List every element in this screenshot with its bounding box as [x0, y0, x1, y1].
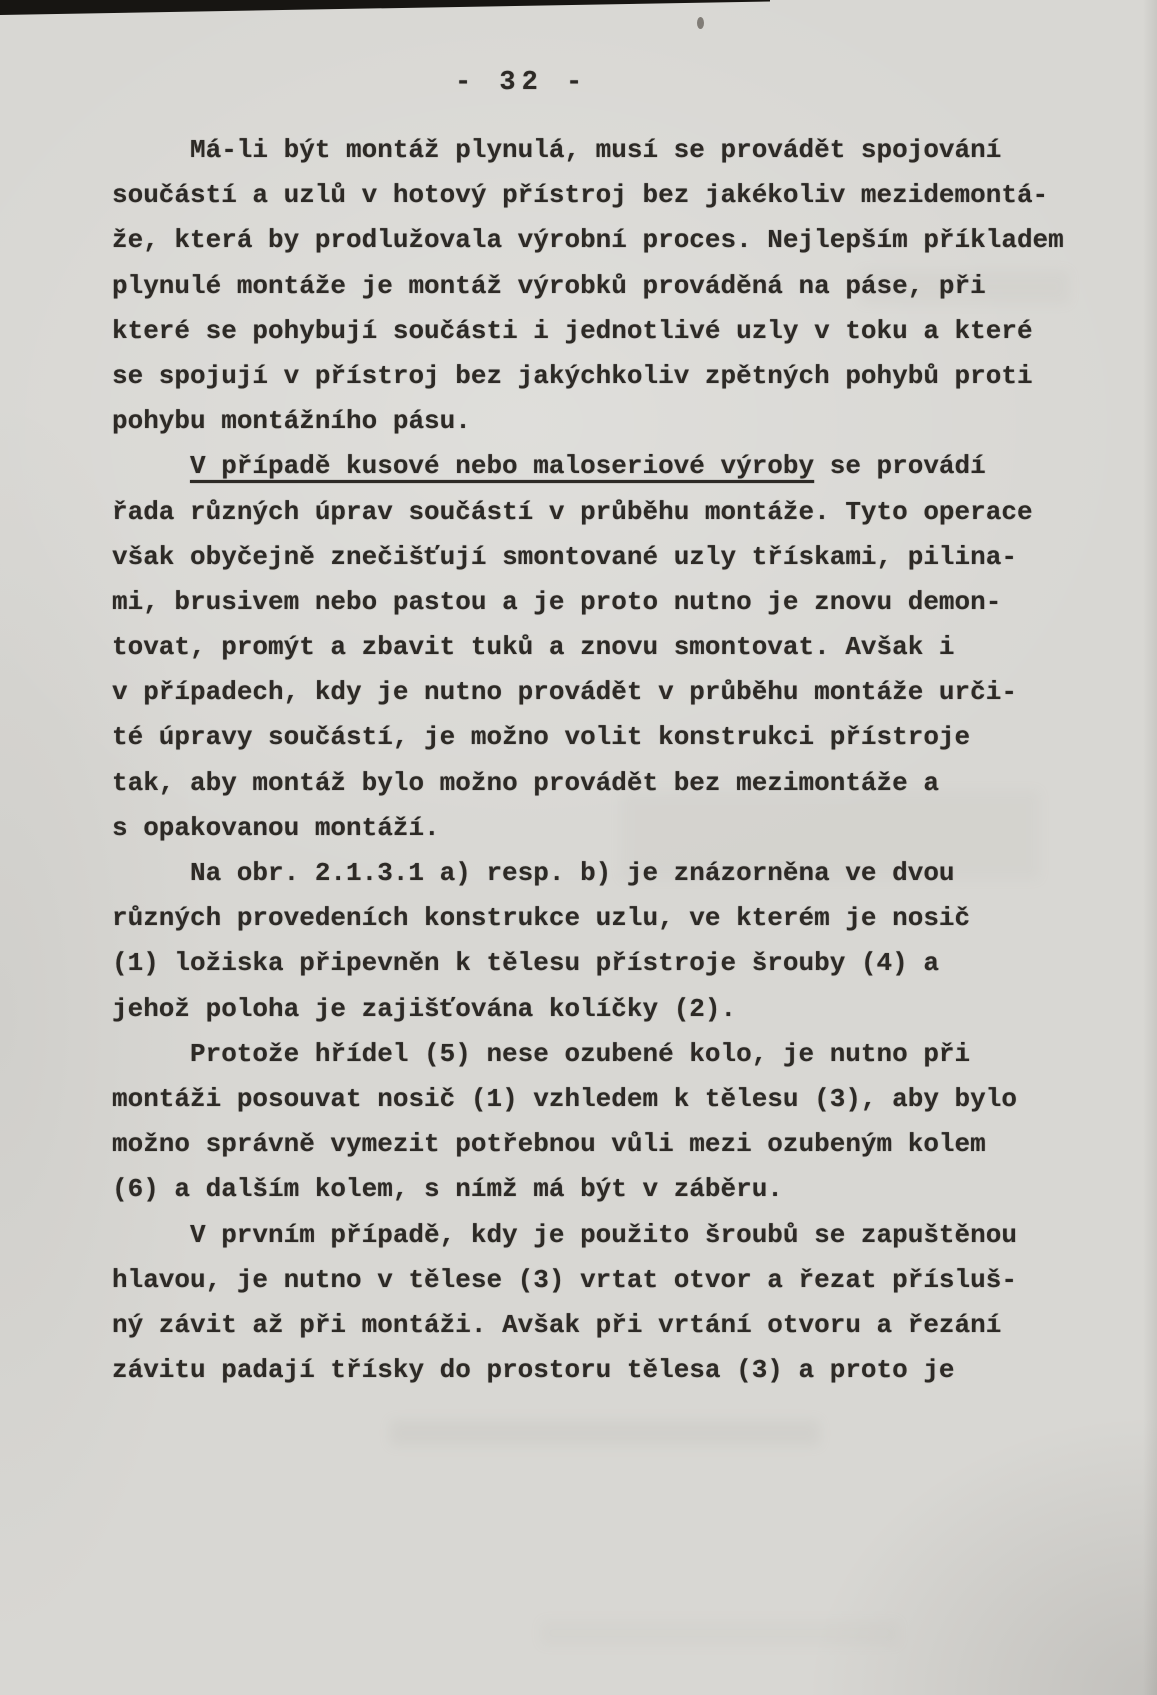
page-number: - 32 -: [455, 68, 588, 98]
text-line: (1) ložiska připevněn k tělesu přístroje…: [112, 941, 1102, 986]
text-line: hlavou, je nutno v tělese (3) vrtat otvo…: [112, 1258, 1102, 1303]
text-line: Protože hřídel (5) nese ozubené kolo, je…: [112, 1032, 1102, 1077]
text-line: V prvním případě, kdy je použito šroubů …: [112, 1213, 1102, 1258]
text-line: že, která by prodlužovala výrobní proces…: [112, 218, 1102, 263]
bleedthrough-smudge: [390, 1420, 820, 1446]
text-line: montáži posouvat nosič (1) vzhledem k tě…: [112, 1077, 1102, 1122]
text-segment: pohybu montážního pásu.: [112, 406, 471, 436]
text-segment: mi, brusivem nebo pastou a je proto nutn…: [112, 587, 1001, 617]
text-segment: (1) ložiska připevněn k tělesu přístroje…: [112, 948, 939, 978]
text-line: v případech, kdy je nutno provádět v prů…: [112, 670, 1102, 715]
text-segment: té úpravy součástí, je možno volit konst…: [112, 722, 970, 752]
text-line: různých provedeních konstrukce uzlu, ve …: [112, 896, 1102, 941]
text-segment: plynulé montáže je montáž výrobků provád…: [112, 271, 986, 301]
text-block: Má-li být montáž plynulá, musí se provád…: [112, 128, 1102, 1393]
text-line: V případě kusové nebo maloseriové výroby…: [112, 444, 1102, 489]
text-segment: s opakovanou montáží.: [112, 813, 440, 843]
text-segment: se spojují v přístroj bez jakýchkoliv zp…: [112, 361, 1033, 391]
bleedthrough-smudge: [540, 1620, 900, 1646]
text-line: mi, brusivem nebo pastou a je proto nutn…: [112, 580, 1102, 625]
text-segment: různých provedeních konstrukce uzlu, ve …: [112, 903, 970, 933]
text-line: jehož poloha je zajišťována kolíčky (2).: [112, 987, 1102, 1032]
text-line: té úpravy součástí, je možno volit konst…: [112, 715, 1102, 760]
text-segment: že, která by prodlužovala výrobní proces…: [112, 225, 1064, 255]
text-line: ný závit až při montáži. Avšak při vrtán…: [112, 1303, 1102, 1348]
text-line: možno správně vymezit potřebnou vůli mez…: [112, 1122, 1102, 1167]
text-segment: možno správně vymezit potřebnou vůli mez…: [112, 1129, 986, 1159]
text-line: které se pohybují součásti i jednotlivé …: [112, 309, 1102, 354]
text-line: závitu padají třísky do prostoru tělesa …: [112, 1348, 1102, 1393]
text-segment: tak, aby montáž bylo možno provádět bez …: [112, 768, 939, 798]
underlined-phrase: V případě kusové nebo maloseriové výroby: [190, 451, 814, 481]
text-segment: závitu padají třísky do prostoru tělesa …: [112, 1355, 955, 1385]
text-segment: V prvním případě, kdy je použito šroubů …: [190, 1220, 1017, 1250]
text-segment: Na obr. 2.1.3.1 a) resp. b) je znázorněn…: [190, 858, 955, 888]
text-segment: v případech, kdy je nutno provádět v prů…: [112, 677, 1017, 707]
text-segment: ný závit až při montáži. Avšak při vrtán…: [112, 1310, 1001, 1340]
text-line: se spojují v přístroj bez jakýchkoliv zp…: [112, 354, 1102, 399]
text-segment: jehož poloha je zajišťována kolíčky (2).: [112, 994, 736, 1024]
text-line: tovat, promýt a zbavit tuků a znovu smon…: [112, 625, 1102, 670]
text-segment: řada různých úprav součástí v průběhu mo…: [112, 497, 1033, 527]
text-segment: však obyčejně znečišťují smontované uzly…: [112, 542, 1017, 572]
text-line: (6) a dalším kolem, s nímž má být v zábě…: [112, 1167, 1102, 1212]
scan-speck-artifact: [697, 17, 704, 29]
text-line: s opakovanou montáží.: [112, 806, 1102, 851]
text-segment: (6) a dalším kolem, s nímž má být v zábě…: [112, 1174, 783, 1204]
text-segment: se provádí: [814, 451, 986, 481]
text-line: pohybu montážního pásu.: [112, 399, 1102, 444]
text-segment: Protože hřídel (5) nese ozubené kolo, je…: [190, 1039, 970, 1069]
text-segment: montáži posouvat nosič (1) vzhledem k tě…: [112, 1084, 1017, 1114]
text-line: řada různých úprav součástí v průběhu mo…: [112, 490, 1102, 535]
text-segment: hlavou, je nutno v tělese (3) vrtat otvo…: [112, 1265, 1017, 1295]
text-segment: součástí a uzlů v hotový přístroj bez ja…: [112, 180, 1048, 210]
text-line: Na obr. 2.1.3.1 a) resp. b) je znázorněn…: [112, 851, 1102, 896]
text-segment: tovat, promýt a zbavit tuků a znovu smon…: [112, 632, 955, 662]
text-line: tak, aby montáž bylo možno provádět bez …: [112, 761, 1102, 806]
text-line: však obyčejně znečišťují smontované uzly…: [112, 535, 1102, 580]
scanned-document-page: { "page": { "number_label": "- 32 -" }, …: [0, 0, 1157, 1695]
text-line: součástí a uzlů v hotový přístroj bez ja…: [112, 173, 1102, 218]
text-segment: Má-li být montáž plynulá, musí se provád…: [190, 135, 1001, 165]
text-line: plynulé montáže je montáž výrobků provád…: [112, 264, 1102, 309]
text-line: Má-li být montáž plynulá, musí se provád…: [112, 128, 1102, 173]
scan-edge-artifact: [0, 0, 770, 15]
text-segment: které se pohybují součásti i jednotlivé …: [112, 316, 1033, 346]
